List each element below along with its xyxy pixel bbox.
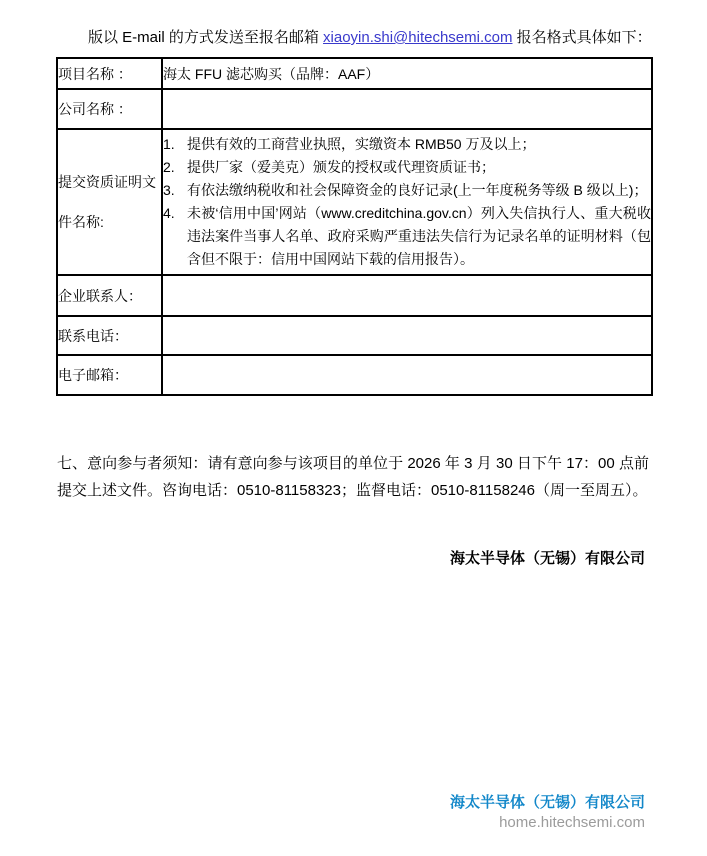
- qualification-item-3-number: 3.: [163, 179, 187, 202]
- table-row-company-name: 公司名称 ：: [57, 89, 652, 129]
- qualification-item-2-text: 提供厂家（爱美克）颁发的授权或代理资质证书；: [187, 156, 651, 179]
- qualification-docs-list: 1. 提供有效的工商营业执照，实缴资本 RMB50 万及以上； 2. 提供厂家（…: [162, 129, 652, 275]
- table-row-email: 电子邮箱：: [57, 355, 652, 395]
- qualification-item-1: 1. 提供有效的工商营业执照，实缴资本 RMB50 万及以上；: [163, 133, 651, 156]
- intro-text-before: 版以 E-mail 的方式发送至报名邮箱: [88, 29, 323, 46]
- company-name-value: [162, 89, 652, 129]
- qualification-item-1-number: 1.: [163, 133, 187, 156]
- contact-phone-value: [162, 316, 652, 355]
- company-name-label: 公司名称 ：: [57, 89, 162, 129]
- qualification-item-3-text: 有依法缴纳税收和社会保障资金的良好记录(上一年度税务等级 B 级以上)；: [187, 179, 651, 202]
- signature-company: 海太半导体（无锡）有限公司: [450, 547, 645, 568]
- contact-person-label: 企业联系人：: [57, 275, 162, 316]
- signup-email-link[interactable]: xiaoyin.shi@hitechsemi.com: [323, 29, 512, 46]
- project-name-value: 海太 FFU 滤芯购买（品牌：AAF）: [162, 58, 652, 89]
- signup-form-table: 项目名称 ： 海太 FFU 滤芯购买（品牌：AAF） 公司名称 ： 提交资质证明…: [56, 57, 653, 396]
- qualification-item-4-text: 未被‘信用中国’网站（www.creditchina.gov.cn）列入失信执行…: [187, 202, 651, 271]
- qualification-item-2: 2. 提供厂家（爱美克）颁发的授权或代理资质证书；: [163, 156, 651, 179]
- notice-paragraph: 七、意向参与者须知：请有意向参与该项目的单位于 2026 年 3 月 30 日下…: [57, 450, 649, 504]
- table-row-qualification-docs: 提交资质证明文件名称: 1. 提供有效的工商营业执照，实缴资本 RMB50 万及…: [57, 129, 652, 275]
- contact-person-value: [162, 275, 652, 316]
- table-row-contact-person: 企业联系人：: [57, 275, 652, 316]
- qualification-item-2-number: 2.: [163, 156, 187, 179]
- table-row-project-name: 项目名称 ： 海太 FFU 滤芯购买（品牌：AAF）: [57, 58, 652, 89]
- intro-paragraph: 版以 E-mail 的方式发送至报名邮箱 xiaoyin.shi@hitechs…: [88, 28, 648, 47]
- footer-company-name[interactable]: 海太半导体（无锡）有限公司: [450, 791, 645, 812]
- email-label: 电子邮箱：: [57, 355, 162, 395]
- footer-website-link[interactable]: home.hitechsemi.com: [499, 814, 645, 831]
- contact-phone-label: 联系电话：: [57, 316, 162, 355]
- table-row-contact-phone: 联系电话：: [57, 316, 652, 355]
- intro-text-after: 报名格式具体如下：: [512, 29, 651, 46]
- qualification-item-4-number: 4.: [163, 202, 187, 271]
- project-name-label: 项目名称 ：: [57, 58, 162, 89]
- qualification-item-3: 3. 有依法缴纳税收和社会保障资金的良好记录(上一年度税务等级 B 级以上)；: [163, 179, 651, 202]
- qualification-docs-label: 提交资质证明文件名称:: [57, 129, 162, 275]
- qualification-item-4: 4. 未被‘信用中国’网站（www.creditchina.gov.cn）列入失…: [163, 202, 651, 271]
- qualification-item-1-text: 提供有效的工商营业执照，实缴资本 RMB50 万及以上；: [187, 133, 651, 156]
- email-value: [162, 355, 652, 395]
